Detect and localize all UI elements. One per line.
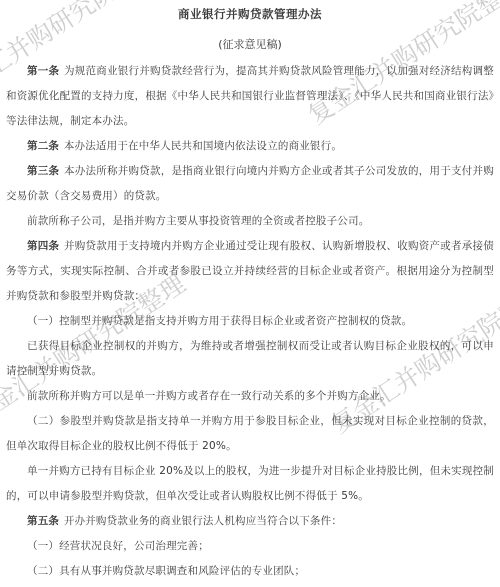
- paragraph-text: 单一并购方已持有目标企业 20%及以上的股权，为进一步提升对目标企业持股比例，但…: [6, 465, 494, 502]
- paragraph: 前款所称并购方可以是单一并购方或者存在一致行动关系的多个并购方企业。: [6, 384, 494, 409]
- document-page: 复金汇并购研究院整理复金汇并购研究院整理复金汇并购研究院整理复金汇并购研究院整理…: [0, 0, 500, 587]
- paragraph-text: 并购贷款用于支持境内并购方企业通过受让现有股权、认购新增股权、收购资产或者承接债…: [6, 240, 494, 302]
- paragraph-text: 已获得目标企业控制权的并购方，为维持或者增强控制权而受让或者认购目标企业股权的，…: [6, 340, 494, 377]
- paragraph-text: （二）具有从事并购贷款尽职调查和风险评估的专业团队；: [27, 565, 305, 577]
- paragraph-text: 前款所称子公司，是指并购方主要从事投资管理的全资或者控股子公司。: [27, 215, 369, 227]
- paragraph: （一）经营状况良好，公司治理完善；: [6, 534, 494, 559]
- paragraph: （一）控制型并购贷款是指支持并购方用于获得目标企业或者资产控制权的贷款。: [6, 309, 494, 334]
- document-title: 商业银行并购贷款管理办法: [6, 6, 494, 22]
- paragraph: 第四条并购贷款用于支持境内并购方企业通过受让现有股权、认购新增股权、收购资产或者…: [6, 234, 494, 309]
- paragraph: 前款所称子公司，是指并购方主要从事投资管理的全资或者控股子公司。: [6, 209, 494, 234]
- paragraph: 已获得目标企业控制权的并购方，为维持或者增强控制权而受让或者认购目标企业股权的，…: [6, 334, 494, 384]
- document-content: 商业银行并购贷款管理办法 (征求意见稿) 第一条为规范商业银行并购贷款经营行为，…: [0, 0, 500, 584]
- paragraph-lead: 第二条: [27, 140, 59, 152]
- document-subtitle: (征求意见稿): [6, 37, 494, 53]
- paragraph: （二）参股型并购贷款是指支持单一并购方用于参股目标企业，但未实现对目标企业控制的…: [6, 409, 494, 459]
- paragraph-lead: 第一条: [27, 65, 59, 77]
- paragraph-text: 为规范商业银行并购贷款经营行为，提高其并购贷款风险管理能力，以加强对经济结构调整…: [6, 65, 494, 127]
- paragraph: 第三条本办法所称并购贷款，是指商业银行向境内并购方企业或者其子公司发放的，用于支…: [6, 159, 494, 209]
- paragraph: 第一条为规范商业银行并购贷款经营行为，提高其并购贷款风险管理能力，以加强对经济结…: [6, 59, 494, 134]
- paragraph-lead: 第四条: [27, 240, 59, 252]
- paragraph-text: 开办并购贷款业务的商业银行法人机构应当符合以下条件：: [64, 515, 342, 527]
- paragraphs: 第一条为规范商业银行并购贷款经营行为，提高其并购贷款风险管理能力，以加强对经济结…: [6, 59, 494, 584]
- paragraph: （二）具有从事并购贷款尽职调查和风险评估的专业团队；: [6, 559, 494, 584]
- paragraph-text: （一）控制型并购贷款是指支持并购方用于获得目标企业或者资产控制权的贷款。: [27, 315, 412, 327]
- paragraph-lead: 第三条: [27, 165, 59, 177]
- paragraph-text: 前款所称并购方可以是单一并购方或者存在一致行动关系的多个并购方企业。: [27, 390, 391, 402]
- paragraph: 单一并购方已持有目标企业 20%及以上的股权，为进一步提升对目标企业持股比例，但…: [6, 459, 494, 509]
- paragraph-text: （二）参股型并购贷款是指支持单一并购方用于参股目标企业，但未实现对目标企业控制的…: [6, 415, 494, 452]
- paragraph: 第二条本办法适用于在中华人民共和国境内依法设立的商业银行。: [6, 134, 494, 159]
- paragraph-text: 本办法所称并购贷款，是指商业银行向境内并购方企业或者其子公司发放的，用于支付并购…: [6, 165, 494, 202]
- paragraph-text: （一）经营状况良好，公司治理完善；: [27, 540, 209, 552]
- paragraph: 第五条开办并购贷款业务的商业银行法人机构应当符合以下条件：: [6, 509, 494, 534]
- paragraph-lead: 第五条: [27, 515, 59, 527]
- paragraph-text: 本办法适用于在中华人民共和国境内依法设立的商业银行。: [64, 140, 342, 152]
